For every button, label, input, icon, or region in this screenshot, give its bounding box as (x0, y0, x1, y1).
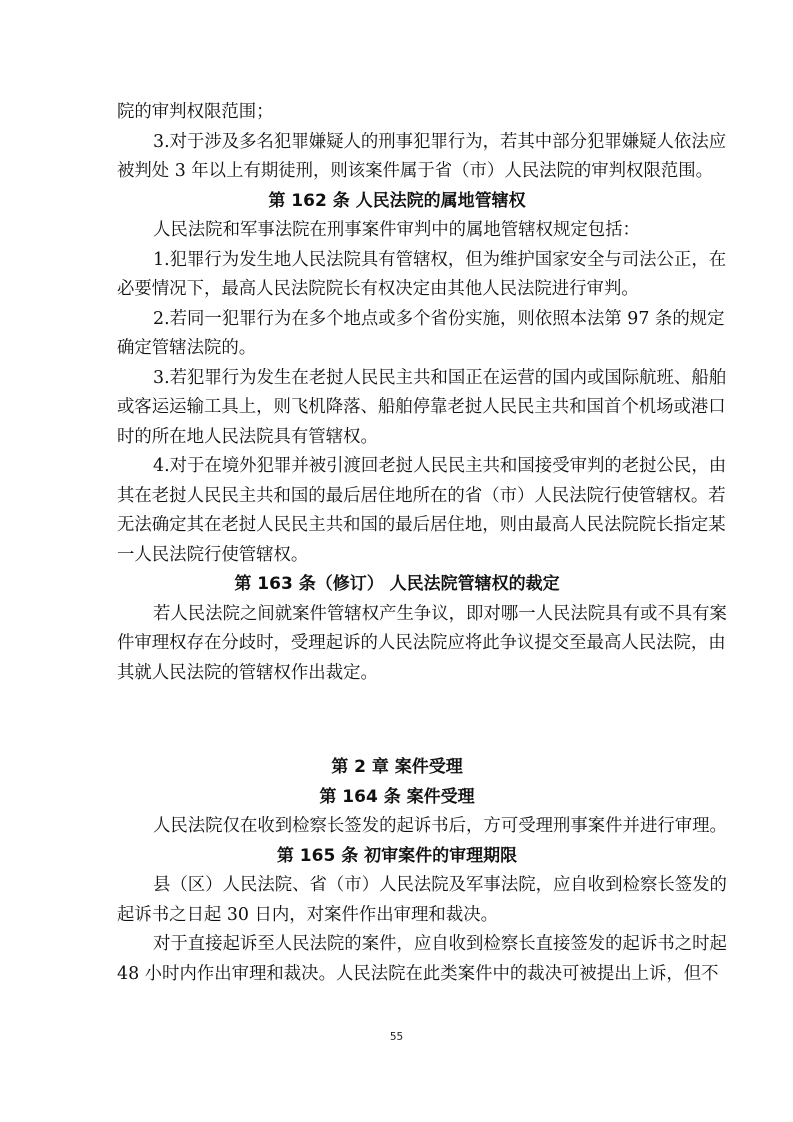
paragraph-line: 4.对于在境外犯罪并被引渡回老挝人民民主共和国接受审判的老挝公民，由 (117, 452, 677, 482)
article-164-heading: 第 164 条 案件受理 (117, 783, 677, 813)
paragraph-line: 无法确定其在老挝人民民主共和国的最后居住地，则由最高人民法院院长指定某 (117, 511, 677, 541)
paragraph-line: 人民法院仅在收到检察长签发的起诉书后，方可受理刑事案件并进行审理。 (117, 812, 677, 842)
article-163-heading: 第 163 条（修订） 人民法院管辖权的裁定 (117, 570, 677, 600)
paragraph-line: 或客运运输工具上，则飞机降落、船舶停靠老挝人民民主共和国首个机场或港口 (117, 393, 677, 423)
paragraph-line: 必要情况下，最高人民法院院长有权决定由其他人民法院进行审判。 (117, 275, 677, 305)
page-number: 55 (0, 1031, 793, 1043)
paragraph-line: 1.犯罪行为发生地人民法院具有管辖权，但为维护国家安全与司法公正，在 (117, 246, 677, 276)
paragraph-line: 人民法院和军事法院在刑事案件审判中的属地管辖权规定包括： (117, 216, 677, 246)
article-162-heading: 第 162 条 人民法院的属地管辖权 (117, 187, 677, 217)
paragraph-line: 一人民法院行使管辖权。 (117, 541, 677, 571)
article-165-heading: 第 165 条 初审案件的审理期限 (117, 842, 677, 872)
chapter-2-heading: 第 2 章 案件受理 (117, 753, 677, 783)
paragraph-line: 3.对于涉及多名犯罪嫌疑人的刑事犯罪行为，若其中部分犯罪嫌疑人依法应 (117, 128, 677, 158)
paragraph-line: 院的审判权限范围； (117, 98, 677, 128)
paragraph-line: 若人民法院之间就案件管辖权产生争议，即对哪一人民法院具有或不具有案 (117, 600, 677, 630)
paragraph-line: 48 小时内作出审理和裁决。人民法院在此类案件中的裁决可被提出上诉，但不 (117, 960, 677, 990)
section-spacer (117, 688, 677, 753)
paragraph-line: 时的所在地人民法院具有管辖权。 (117, 423, 677, 453)
paragraph-line: 件审理权存在分歧时，受理起诉的人民法院应将此争议提交至最高人民法院，由 (117, 629, 677, 659)
document-page: 院的审判权限范围； 3.对于涉及多名犯罪嫌疑人的刑事犯罪行为，若其中部分犯罪嫌疑… (117, 98, 677, 989)
paragraph-line: 被判处 3 年以上有期徒刑，则该案件属于省（市）人民法院的审判权限范围。 (117, 157, 677, 187)
paragraph-line: 对于直接起诉至人民法院的案件，应自收到检察长直接签发的起诉书之时起 (117, 930, 677, 960)
paragraph-line: 起诉书之日起 30 日内，对案件作出审理和裁决。 (117, 901, 677, 931)
paragraph-line: 2.若同一犯罪行为在多个地点或多个省份实施，则依照本法第 97 条的规定 (117, 305, 677, 335)
paragraph-line: 3.若犯罪行为发生在老挝人民民主共和国正在运营的国内或国际航班、船舶 (117, 364, 677, 394)
paragraph-line: 确定管辖法院的。 (117, 334, 677, 364)
paragraph-line: 县（区）人民法院、省（市）人民法院及军事法院，应自收到检察长签发的 (117, 871, 677, 901)
paragraph-line: 其就人民法院的管辖权作出裁定。 (117, 659, 677, 689)
paragraph-line: 其在老挝人民民主共和国的最后居住地所在的省（市）人民法院行使管辖权。若 (117, 482, 677, 512)
